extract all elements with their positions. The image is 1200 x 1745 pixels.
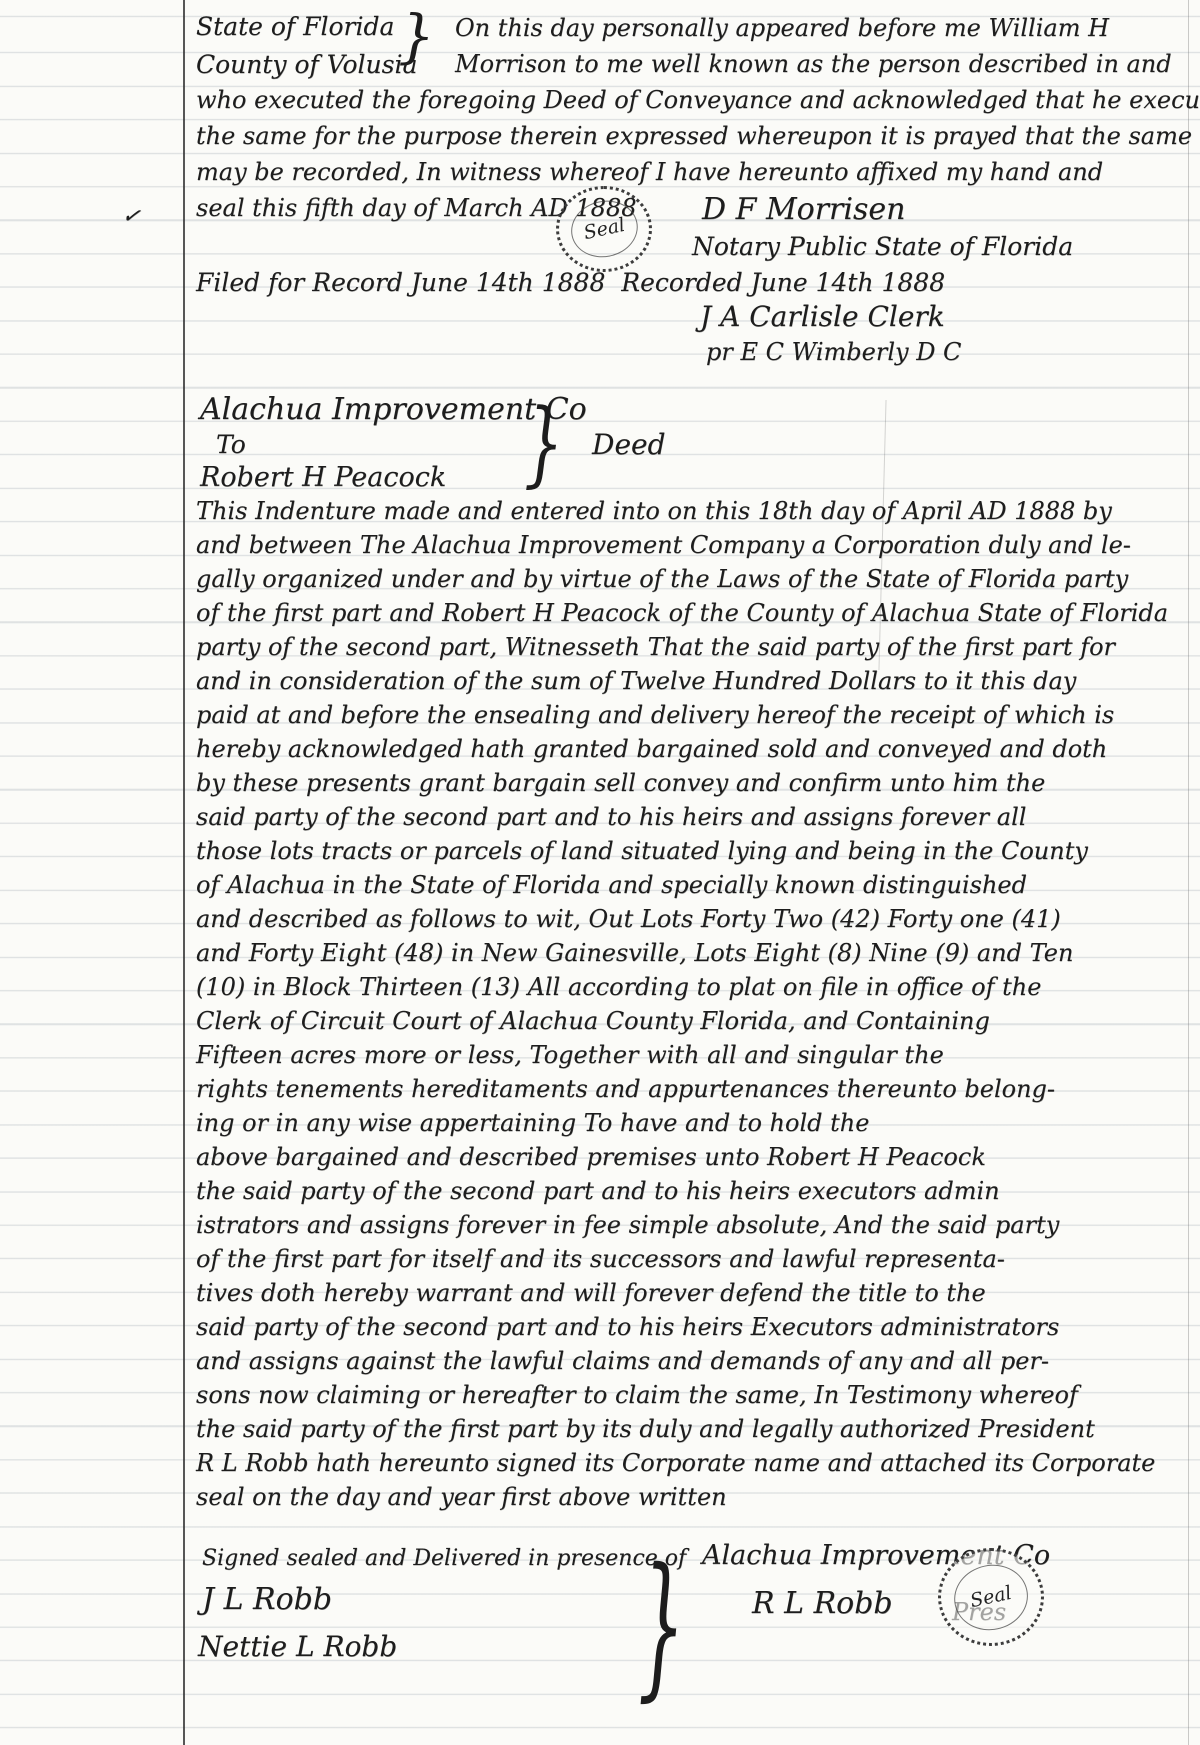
handwritten-line: the said party of the first part by its … bbox=[196, 1412, 1188, 1446]
handwritten-line: of the first part for itself and its suc… bbox=[196, 1242, 1188, 1276]
deputy-clerk-line: pr E C Wimberly D C bbox=[706, 338, 961, 366]
handwritten-line: gally organized under and by virtue of t… bbox=[196, 562, 1188, 596]
handwritten-line: sons now claiming or hereafter to claim … bbox=[196, 1378, 1188, 1412]
handwritten-line: seal this fifth day of March AD 1888 bbox=[196, 190, 1186, 226]
handwritten-line: tives doth hereby warrant and will forev… bbox=[196, 1276, 1188, 1310]
venue-state-line: State of Florida bbox=[196, 12, 394, 41]
handwritten-line: party of the second part, Witnesseth Tha… bbox=[196, 630, 1188, 664]
venue-county-line: County of Volusia bbox=[196, 50, 417, 79]
witness-signature-2: Nettie L Robb bbox=[198, 1630, 397, 1663]
handwritten-line: and between The Alachua Improvement Comp… bbox=[196, 528, 1188, 562]
president-signature: R L Robb bbox=[752, 1586, 893, 1621]
handwritten-line: by these presents grant bargain sell con… bbox=[196, 766, 1188, 800]
attestation-line: Signed sealed and Delivered in presence … bbox=[202, 1546, 686, 1571]
handwritten-line: rights tenements hereditaments and appur… bbox=[196, 1072, 1188, 1106]
witness-signature-1: J L Robb bbox=[202, 1582, 332, 1617]
handwritten-line: Clerk of Circuit Court of Alachua County… bbox=[196, 1004, 1188, 1038]
notary-title: Notary Public State of Florida bbox=[692, 232, 1073, 261]
grantee-name: Robert H Peacock bbox=[200, 462, 446, 493]
handwritten-line: paid at and before the ensealing and del… bbox=[196, 698, 1188, 732]
handwritten-line: On this day personally appeared before m… bbox=[455, 10, 1185, 46]
handwritten-line: (10) in Block Thirteen (13) All accordin… bbox=[196, 970, 1188, 1004]
page-edge-line bbox=[1188, 0, 1189, 1745]
instrument-label: Deed bbox=[592, 428, 666, 461]
handwritten-line: and in consideration of the sum of Twelv… bbox=[196, 664, 1188, 698]
handwritten-line: of the first part and Robert H Peacock o… bbox=[196, 596, 1188, 630]
handwritten-line: may be recorded, In witness whereof I ha… bbox=[196, 154, 1186, 190]
deed-body: This Indenture made and entered into on … bbox=[196, 494, 1188, 1514]
handwritten-line: the said party of the second part and to… bbox=[196, 1174, 1188, 1208]
venue-brace: } bbox=[398, 2, 435, 70]
handwritten-line: those lots tracts or parcels of land sit… bbox=[196, 834, 1188, 868]
corporate-seal-ring: Seal bbox=[948, 1558, 1034, 1637]
handwritten-line: above bargained and described premises u… bbox=[196, 1140, 1188, 1174]
notary-paragraph-full: who executed the foregoing Deed of Conve… bbox=[196, 82, 1186, 226]
clerk-signature: J A Carlisle Clerk bbox=[700, 300, 945, 333]
handwritten-line: hereby acknowledged hath granted bargain… bbox=[196, 732, 1188, 766]
handwritten-line: the same for the purpose therein express… bbox=[196, 118, 1186, 154]
notary-paragraph-indented: On this day personally appeared before m… bbox=[455, 10, 1185, 82]
to-label: To bbox=[216, 430, 246, 459]
notary-signature: D F Morrisen bbox=[702, 192, 905, 227]
execution-brace: } bbox=[638, 1536, 685, 1717]
handwritten-line: said party of the second part and to his… bbox=[196, 1310, 1188, 1344]
notary-seal-ring: Seal bbox=[565, 194, 642, 263]
handwritten-line: istrators and assigns forever in fee sim… bbox=[196, 1208, 1188, 1242]
caption-brace: } bbox=[524, 388, 563, 498]
corporate-seal: Seal bbox=[938, 1548, 1044, 1646]
document-page: ✓ State of Florida County of Volusia } O… bbox=[0, 0, 1200, 1745]
handwritten-line: who executed the foregoing Deed of Conve… bbox=[196, 82, 1186, 118]
left-margin-line bbox=[183, 0, 185, 1745]
handwritten-line: This Indenture made and entered into on … bbox=[196, 494, 1188, 528]
handwritten-line: R L Robb hath hereunto signed its Corpor… bbox=[196, 1446, 1188, 1480]
handwritten-line: seal on the day and year first above wri… bbox=[196, 1480, 1188, 1514]
handwritten-line: said party of the second part and to his… bbox=[196, 800, 1188, 834]
corporate-seal-label: Seal bbox=[968, 1582, 1013, 1612]
handwritten-line: and assigns against the lawful claims an… bbox=[196, 1344, 1188, 1378]
handwritten-line: and described as follows to wit, Out Lot… bbox=[196, 902, 1188, 936]
handwritten-line: of Alachua in the State of Florida and s… bbox=[196, 868, 1188, 902]
handwritten-line: ing or in any wise appertaining To have … bbox=[196, 1106, 1188, 1140]
notary-seal: Seal bbox=[556, 186, 652, 272]
notary-seal-label: Seal bbox=[581, 214, 626, 244]
margin-check-mark: ✓ bbox=[120, 203, 142, 230]
handwritten-line: and Forty Eight (48) in New Gainesville,… bbox=[196, 936, 1188, 970]
handwritten-line: Morrison to me well known as the person … bbox=[455, 46, 1185, 82]
handwritten-line: Fifteen acres more or less, Together wit… bbox=[196, 1038, 1188, 1072]
filed-for-record-line: Filed for Record June 14th 1888 Recorded… bbox=[196, 268, 945, 297]
